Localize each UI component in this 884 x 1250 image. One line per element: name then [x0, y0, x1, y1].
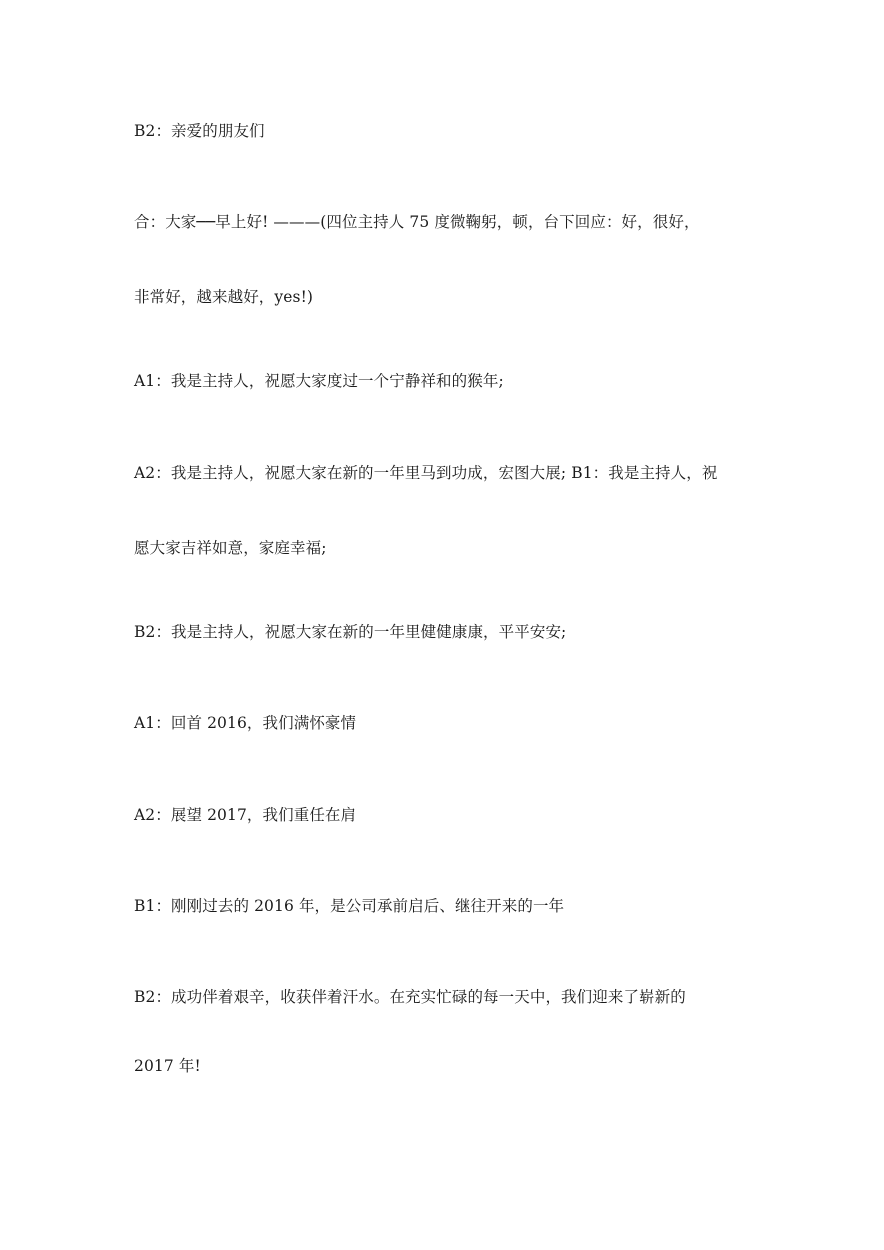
script-line-b1-wish-cont: 愿大家吉祥如意，家庭幸福; [134, 538, 327, 558]
script-line-b2-wish: B2：我是主持人，祝愿大家在新的一年里健健康康，平平安安; [134, 622, 566, 642]
script-line-b2-success: B2：成功伴着艰辛，收获伴着汗水。在充实忙碌的每一天中，我们迎来了崭新的 [134, 987, 686, 1007]
script-line-a2-outlook: A2：展望 2017，我们重任在肩 [134, 805, 356, 825]
script-line-b1-past-year: B1：刚刚过去的 2016 年，是公司承前启后、继往开来的一年 [134, 896, 564, 916]
script-line-a1-wish: A1：我是主持人，祝愿大家度过一个宁静祥和的猴年; [134, 371, 504, 391]
script-line-all-good-morning-cont: 非常好，越来越好，yes!) [134, 287, 313, 307]
script-line-b2-greeting: B2：亲爱的朋友们 [134, 121, 265, 141]
script-line-all-good-morning: 合：大家──早上好! ———(四位主持人 75 度微鞠躬，顿，台下回应：好，很好… [134, 212, 700, 232]
script-line-a1-review: A1：回首 2016，我们满怀豪情 [134, 713, 356, 733]
document-page: B2：亲爱的朋友们 合：大家──早上好! ———(四位主持人 75 度微鞠躬，顿… [0, 0, 884, 1250]
script-line-b2-success-cont: 2017 年! [134, 1056, 201, 1076]
script-line-a2-b1-wish: A2：我是主持人，祝愿大家在新的一年里马到功成，宏图大展; B1：我是主持人，祝 [134, 463, 717, 483]
